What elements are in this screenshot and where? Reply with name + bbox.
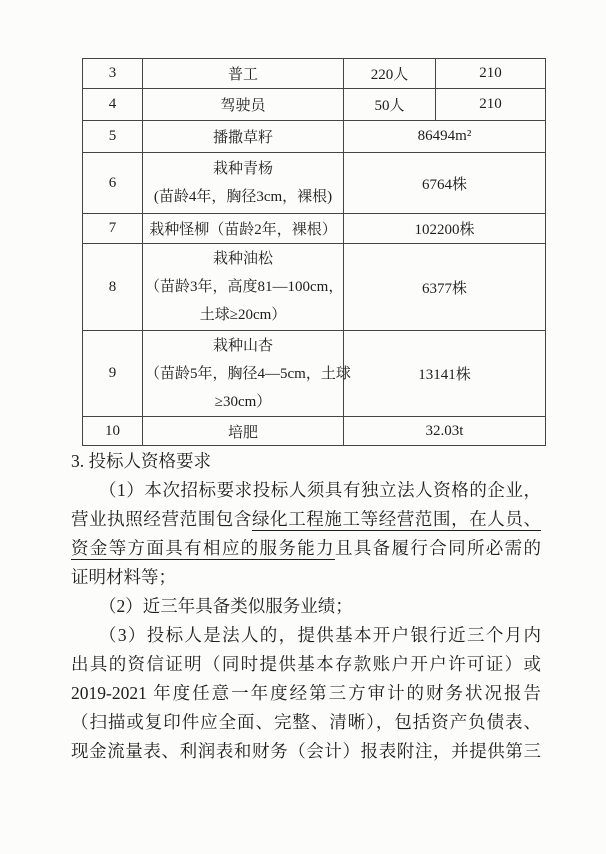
desc-line: 栽种油松 xyxy=(145,245,341,273)
quantity-cell: 50人 xyxy=(344,89,436,121)
item-desc-cell: 栽种怪柳（苗龄2年，裸根） xyxy=(143,214,344,244)
table-row: 5 播撒草籽 86494m² xyxy=(83,121,546,153)
line-text: 证明材料等； xyxy=(71,567,176,587)
line-text: 现金流量表、利润表和财务（会计）报表附注，并提供第三 xyxy=(71,741,541,761)
row-number-cell: 9 xyxy=(83,331,143,417)
row-number-cell: 3 xyxy=(83,59,143,89)
paragraph-line: （扫描或复印件应全面、完整、清晰），包括资产负债表、 xyxy=(71,708,541,737)
qualification-section: 3. 投标人资格要求 （1）本次招标要求投标人须具有独立法人资格的企业， 营业执… xyxy=(71,447,541,766)
table-row: 10 培肥 32.03t xyxy=(83,417,546,446)
item-desc-cell: 培肥 xyxy=(143,417,344,446)
score-cell: 210 xyxy=(436,89,546,121)
quantity-cell: 13141株 xyxy=(344,331,546,417)
desc-line: （苗龄5年，胸径4—5cm，土球 xyxy=(145,360,341,388)
item-desc-cell: 栽种青杨 (苗龄4年，胸径3cm，裸根) xyxy=(143,153,344,214)
line-text: （1）本次招标要求投标人须具有独立法人资格的企业， xyxy=(99,480,541,500)
desc-line: ≥30cm） xyxy=(145,388,341,416)
quantities-continuation-table: 3 普工 220人 210 4 驾驶员 50人 210 5 播撒草籽 86494… xyxy=(82,58,546,446)
paragraph-line: 出具的资信证明（同时提供基本存款账户开户许可证）或 xyxy=(71,650,541,679)
line-text: 且具备履行合同所必需的 xyxy=(335,538,541,558)
paragraph-line: （2）近三年具备类似服务业绩； xyxy=(71,592,541,621)
line-text: （扫描或复印件应全面、完整、清晰），包括资产负债表、 xyxy=(71,712,541,732)
item-desc-cell: 普工 xyxy=(143,59,344,89)
desc-line: （苗龄3年，高度81—100cm， xyxy=(145,273,341,301)
scanned-document-page: 3 普工 220人 210 4 驾驶员 50人 210 5 播撒草籽 86494… xyxy=(0,0,606,854)
quantity-cell: 86494m² xyxy=(344,121,546,153)
row-number-cell: 8 xyxy=(83,244,143,331)
row-number-cell: 6 xyxy=(83,153,143,214)
line-text: 营业执照经营范围包含 xyxy=(71,509,252,529)
row-number-cell: 7 xyxy=(83,214,143,244)
quantity-cell: 6377株 xyxy=(344,244,546,331)
quantity-cell: 32.03t xyxy=(344,417,546,446)
item-desc-cell: 栽种山杏 （苗龄5年，胸径4—5cm，土球 ≥30cm） xyxy=(143,331,344,417)
line-text: （3）投标人是法人的，提供基本开户银行近三个月内 xyxy=(99,625,541,645)
row-number-cell: 5 xyxy=(83,121,143,153)
paragraph-line: 营业执照经营范围包含绿化工程施工等经营范围，在人员、 xyxy=(71,505,541,534)
quantity-cell: 102200株 xyxy=(344,214,546,244)
paragraph-line: 2019-2021 年度任意一年度经第三方审计的财务状况报告 xyxy=(71,679,541,708)
quantity-cell: 220人 xyxy=(344,59,436,89)
desc-line: 栽种山杏 xyxy=(145,332,341,360)
score-cell: 210 xyxy=(436,59,546,89)
desc-line: 土球≥20cm） xyxy=(145,301,341,329)
paragraph-line: 资金等方面具有相应的服务能力且具备履行合同所必需的 xyxy=(71,534,541,563)
line-text: 出具的资信证明（同时提供基本存款账户开户许可证）或 xyxy=(71,654,541,674)
table-row: 9 栽种山杏 （苗龄5年，胸径4—5cm，土球 ≥30cm） 13141株 xyxy=(83,331,546,417)
qualification-heading: 3. 投标人资格要求 xyxy=(71,447,541,476)
table-row: 3 普工 220人 210 xyxy=(83,59,546,89)
paragraph-line: （1）本次招标要求投标人须具有独立法人资格的企业， xyxy=(71,476,541,505)
quantity-cell: 6764株 xyxy=(344,153,546,214)
table-row: 4 驾驶员 50人 210 xyxy=(83,89,546,121)
paragraph-line: 证明材料等； xyxy=(71,563,541,592)
desc-line: 栽种青杨 xyxy=(145,155,341,183)
row-number-cell: 4 xyxy=(83,89,143,121)
table-row: 7 栽种怪柳（苗龄2年，裸根） 102200株 xyxy=(83,214,546,244)
item-desc-cell: 栽种油松 （苗龄3年，高度81—100cm， 土球≥20cm） xyxy=(143,244,344,331)
underlined-text: 绿化工程施工等经营范围，在人员、 xyxy=(252,509,541,529)
row-number-cell: 10 xyxy=(83,417,143,446)
table-row: 6 栽种青杨 (苗龄4年，胸径3cm，裸根) 6764株 xyxy=(83,153,546,214)
underlined-text: 资金等方面具有相应的服务能力 xyxy=(71,538,335,558)
item-desc-cell: 驾驶员 xyxy=(143,89,344,121)
paragraph-line: 现金流量表、利润表和财务（会计）报表附注，并提供第三 xyxy=(71,737,541,766)
item-desc-cell: 播撒草籽 xyxy=(143,121,344,153)
desc-line: (苗龄4年，胸径3cm，裸根) xyxy=(145,183,341,211)
paragraph-line: （3）投标人是法人的，提供基本开户银行近三个月内 xyxy=(71,621,541,650)
line-text: （2）近三年具备类似服务业绩； xyxy=(99,596,353,616)
table-row: 8 栽种油松 （苗龄3年，高度81—100cm， 土球≥20cm） 6377株 xyxy=(83,244,546,331)
line-text: 2019-2021 年度任意一年度经第三方审计的财务状况报告 xyxy=(71,683,541,703)
